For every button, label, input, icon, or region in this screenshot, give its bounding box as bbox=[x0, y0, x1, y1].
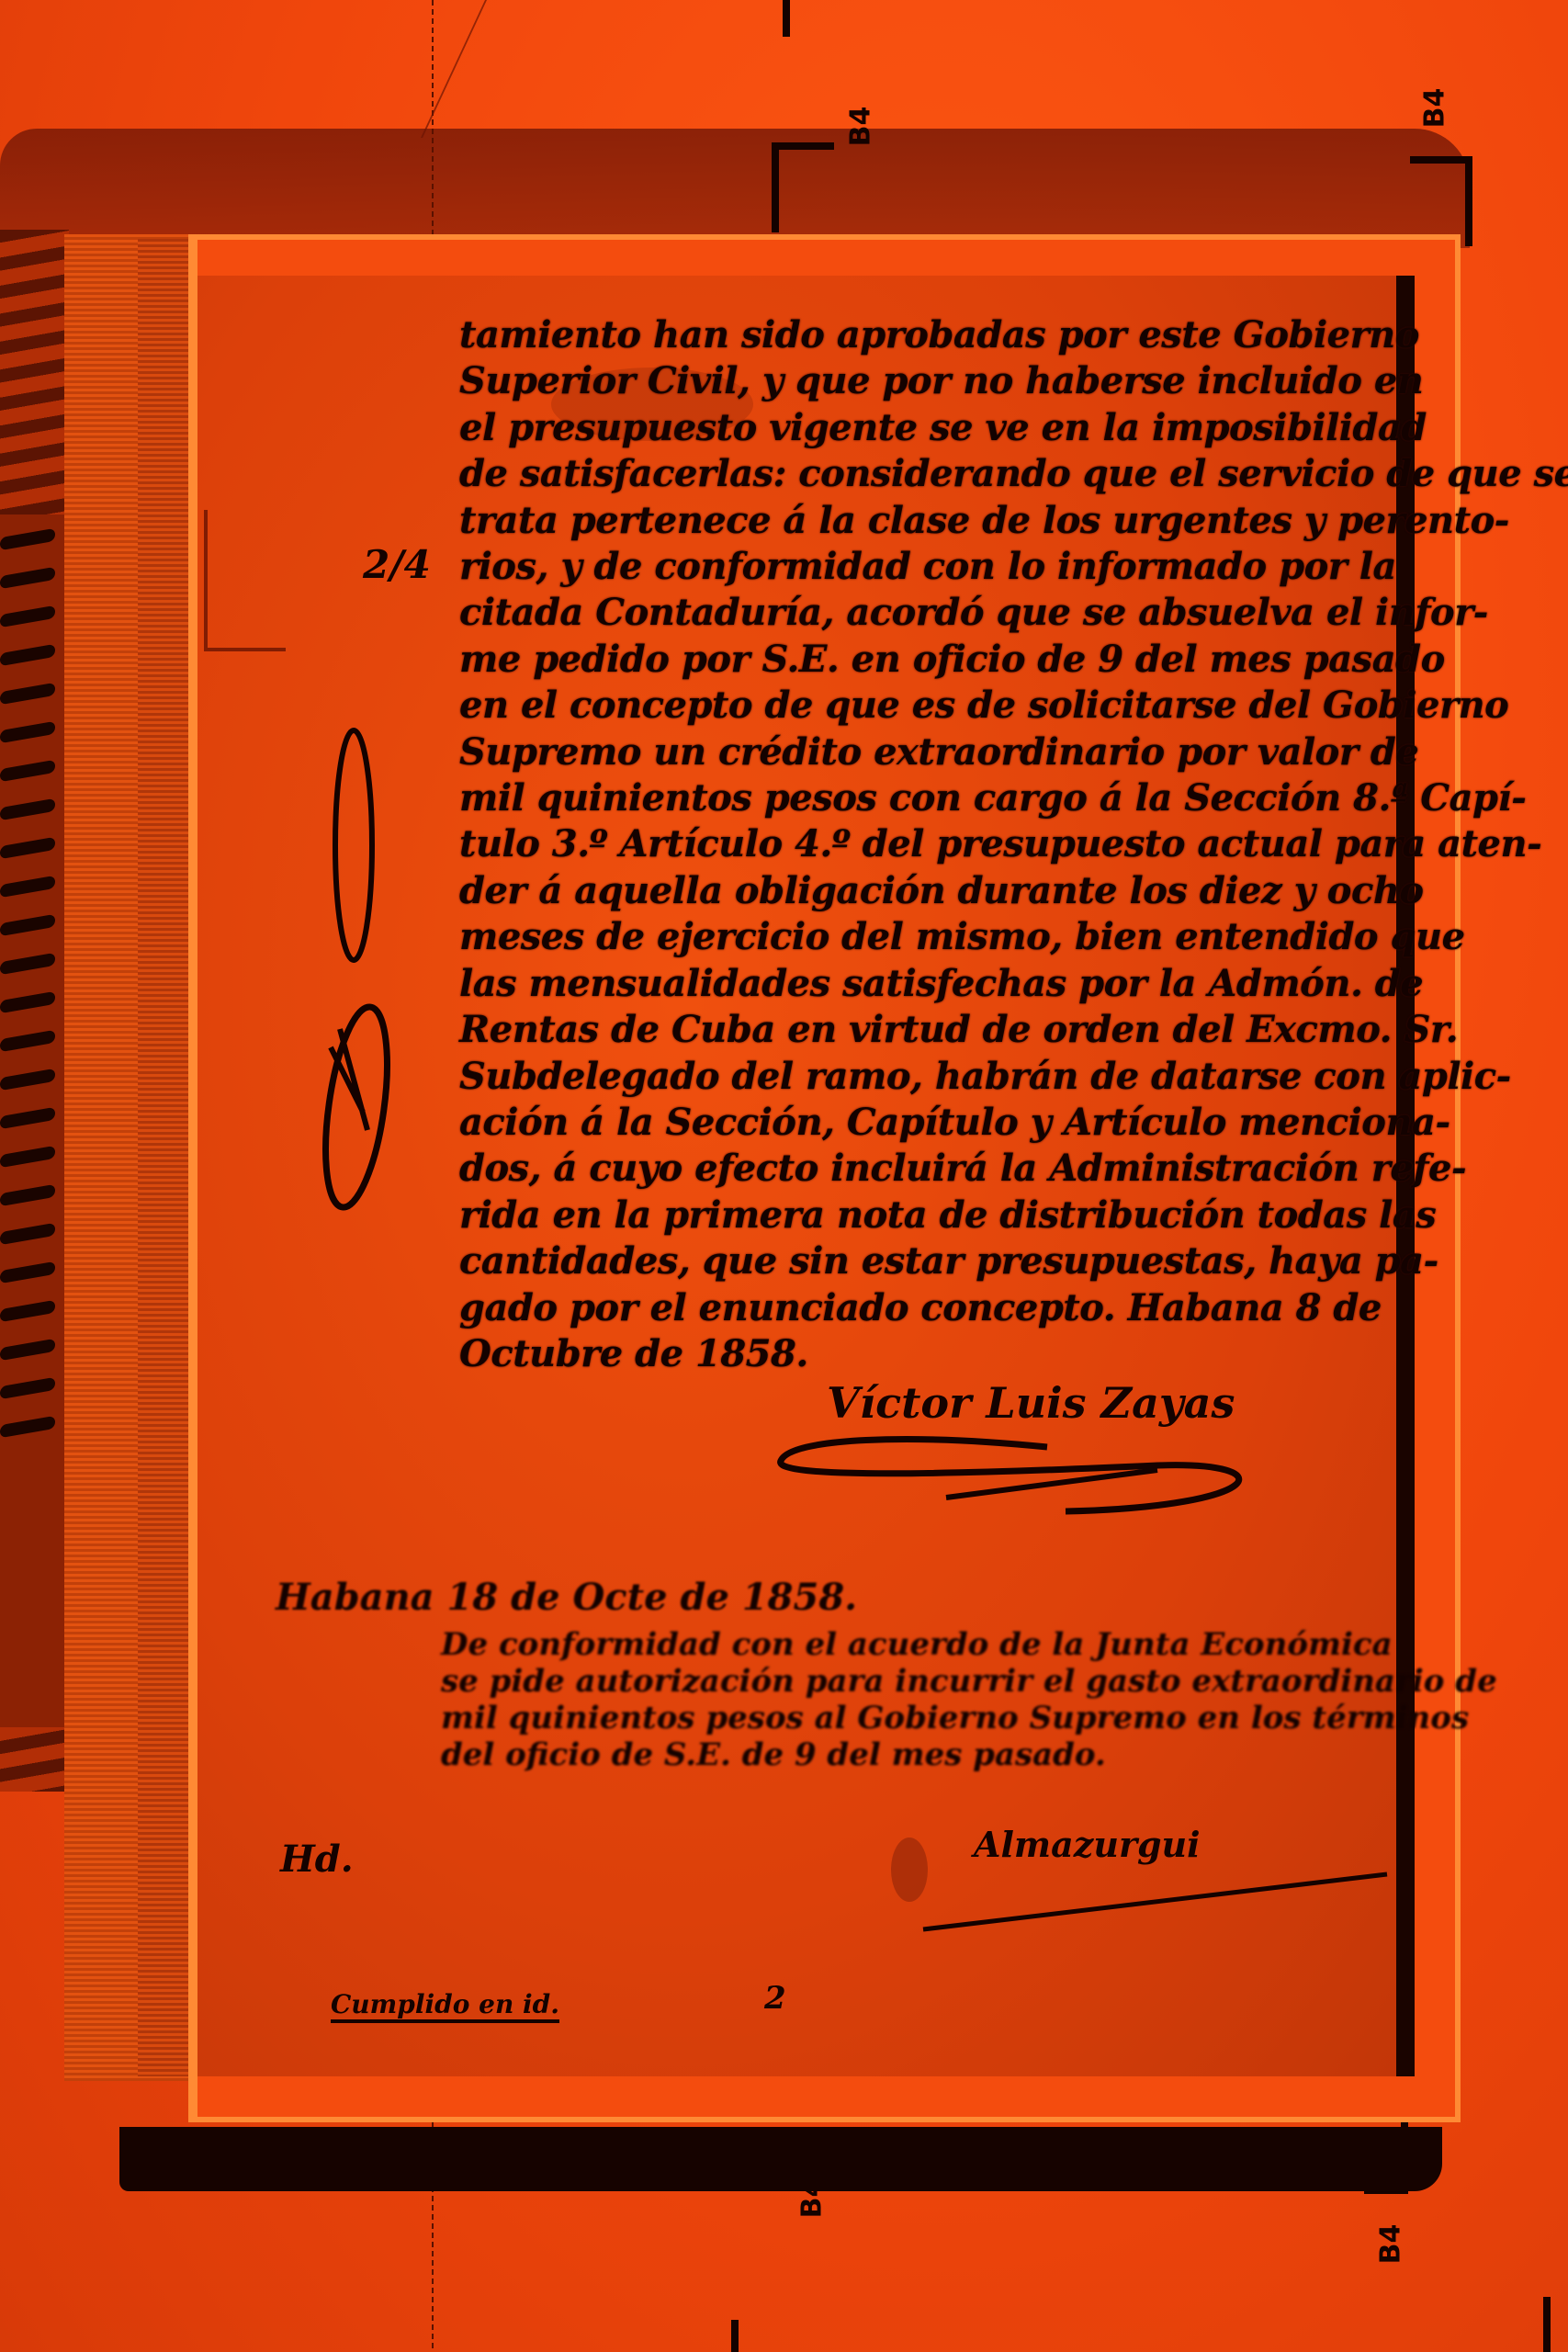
main-manuscript-text: tamiento han sido aprobadas por este Gob… bbox=[459, 312, 1405, 1377]
text-line: se pide autorización para incurrir el ga… bbox=[441, 1663, 1396, 1700]
text-line: de satisfacerlas: considerando que el se… bbox=[459, 451, 1405, 497]
text-line: mil quinientos pesos al Gobierno Supremo… bbox=[441, 1700, 1396, 1736]
text-line: der á aquella obligación durante los die… bbox=[459, 868, 1405, 914]
text-line: dos, á cuyo efecto incluirá la Administr… bbox=[459, 1146, 1405, 1192]
initials: Hd. bbox=[280, 1837, 354, 1881]
text-line: rios, y de conformidad con lo informado … bbox=[459, 544, 1405, 590]
text-line: tamiento han sido aprobadas por este Gob… bbox=[459, 312, 1405, 358]
frame-corner-top-left bbox=[772, 142, 834, 232]
page-shadow-top bbox=[0, 129, 1470, 248]
frame-tick-bottom bbox=[731, 2320, 739, 2352]
text-line: en el concepto de que es de solicitarse … bbox=[459, 683, 1405, 729]
text-line: meses de ejercicio del mismo, bien enten… bbox=[459, 914, 1405, 960]
frame-label-bottom-right: B4 bbox=[1374, 2224, 1406, 2265]
frame-tick-bottom-right bbox=[1543, 2297, 1551, 2352]
folio-number: 2/4 bbox=[363, 542, 431, 587]
text-line: mil quinientos pesos con cargo á la Secc… bbox=[459, 775, 1405, 821]
text-line: trata pertenece á la clase de los urgent… bbox=[459, 498, 1405, 544]
signature-flourish-icon bbox=[772, 1429, 1286, 1530]
text-line: el presupuesto vigente se ve en la impos… bbox=[459, 405, 1405, 451]
rubric-flourish-icon bbox=[312, 717, 404, 1231]
text-line: ación á la Sección, Capítulo y Artículo … bbox=[459, 1100, 1405, 1146]
margin-bracket bbox=[204, 510, 286, 651]
text-line: rida en la primera nota de distribución … bbox=[459, 1193, 1405, 1238]
page-shadow-bottom bbox=[119, 2127, 1442, 2191]
footer-mark: 2 bbox=[764, 1980, 786, 2017]
text-line: cantidades, que sin estar presupuestas, … bbox=[459, 1238, 1405, 1284]
text-line: me pedido por S.E. en oficio de 9 del me… bbox=[459, 637, 1405, 683]
first-signature: Víctor Luis Zayas bbox=[827, 1378, 1235, 1428]
second-signature: Almazurgui bbox=[974, 1824, 1201, 1865]
previous-page-edge-text bbox=[0, 514, 66, 1727]
footer-note: Cumplido en id. bbox=[331, 1989, 559, 2023]
text-line: del oficio de S.E. de 9 del mes pasado. bbox=[441, 1736, 1396, 1773]
second-entry-date: Habana 18 de Octe de 1858. bbox=[276, 1576, 857, 1619]
frame-label-top-left: B4 bbox=[844, 107, 876, 147]
book-spine-inner bbox=[138, 239, 193, 2076]
text-line: Superior Civil, y que por no haberse inc… bbox=[459, 358, 1405, 404]
text-line: Octubre de 1858. bbox=[459, 1331, 1405, 1377]
text-line: Subdelegado del ramo, habrán de datarse … bbox=[459, 1054, 1405, 1100]
signature-underline-icon bbox=[919, 1865, 1396, 1939]
film-scratch bbox=[421, 0, 570, 138]
text-line: tulo 3.º Artículo 4.º del presupuesto ac… bbox=[459, 821, 1405, 867]
text-line: Supremo un crédito extraordinario por va… bbox=[459, 729, 1405, 775]
frame-corner-top-right bbox=[1410, 156, 1472, 246]
second-entry-text: De conformidad con el acuerdo de la Junt… bbox=[441, 1626, 1396, 1773]
text-line: las mensualidades satisfechas por la Adm… bbox=[459, 961, 1405, 1007]
text-line: gado por el enunciado concepto. Habana 8… bbox=[459, 1285, 1405, 1331]
text-line: De conformidad con el acuerdo de la Junt… bbox=[441, 1626, 1396, 1663]
text-line: citada Contaduría, acordó que se absuelv… bbox=[459, 590, 1405, 636]
frame-tick-top bbox=[783, 0, 790, 37]
text-line: Rentas de Cuba en virtud de orden del Ex… bbox=[459, 1007, 1405, 1053]
frame-label-top-right: B4 bbox=[1418, 88, 1450, 129]
